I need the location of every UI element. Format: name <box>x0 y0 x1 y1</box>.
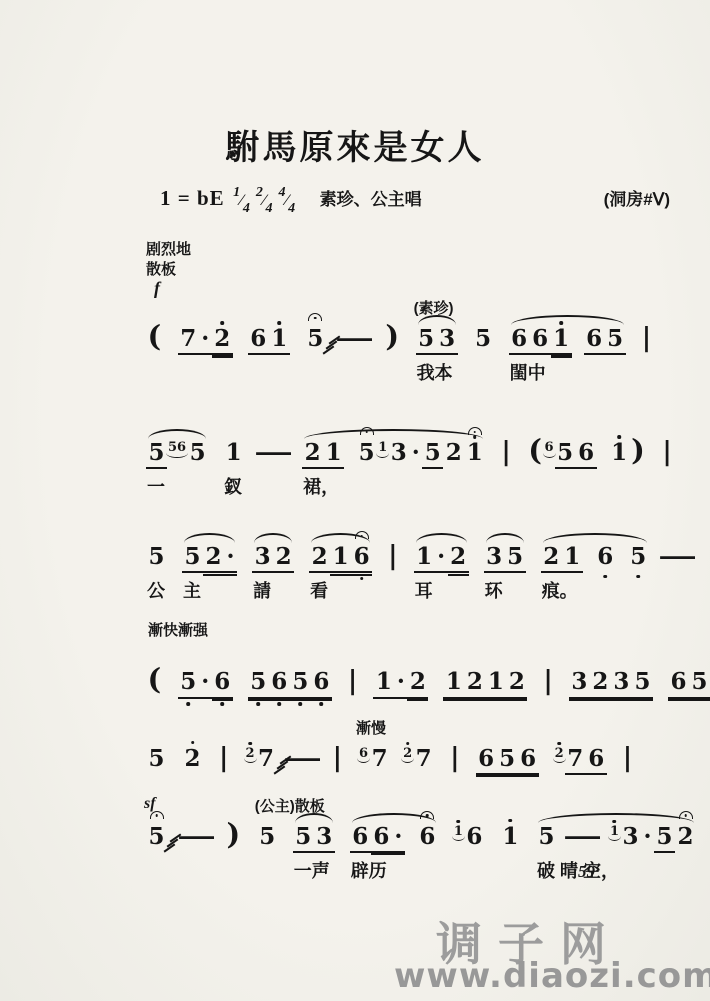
note-glyph: · <box>227 543 235 570</box>
note-glyph: 5 <box>475 325 491 352</box>
note-glyph: 1 <box>611 439 627 466</box>
barline: | <box>622 745 633 772</box>
note: 5 <box>505 545 526 573</box>
note-glyph: | <box>642 323 651 353</box>
lyric: 裙， <box>303 473 339 499</box>
note-glyph: · <box>397 668 405 695</box>
barline: | <box>542 668 553 695</box>
note-glyph: 2 <box>509 668 525 695</box>
note: 1 <box>551 327 572 355</box>
note: 1 <box>414 545 435 573</box>
note: 5 <box>422 441 443 469</box>
note: 2 <box>443 441 464 465</box>
note-glyph: 5 <box>295 823 311 850</box>
note: — <box>664 545 692 569</box>
lyric: 痕。 <box>542 577 578 603</box>
octave-dot-above <box>191 741 195 745</box>
note-group: | <box>641 325 652 352</box>
note: 5 <box>497 747 518 775</box>
note-group: 1釵 <box>223 441 244 465</box>
note-group: 2165痕。 <box>541 545 649 573</box>
key-signature: 1 = bE <box>160 186 225 210</box>
note-glyph: — <box>176 825 215 849</box>
note: 6 <box>417 825 438 849</box>
music-area: 剧烈地 散板 f (7·2615—)(素珍)53我本566165閨中|5565一… <box>146 240 658 853</box>
note: 3 <box>437 327 458 355</box>
note: 3 <box>569 670 590 698</box>
lyric: 主 <box>183 577 201 603</box>
note: 5 <box>356 441 377 465</box>
note: 6 <box>248 327 269 355</box>
note-group: — <box>341 327 369 351</box>
grace-note: 1 <box>453 825 464 839</box>
note: · <box>392 825 405 853</box>
note-glyph: 5 <box>190 439 206 466</box>
note-glyph: 1 <box>378 440 387 455</box>
note: 2 <box>273 545 294 573</box>
note: 6 <box>464 825 485 849</box>
note-glyph: | <box>543 666 552 696</box>
note-glyph: 5 <box>634 668 650 695</box>
note-glyph: 6 <box>586 325 602 352</box>
note-group: 35环 <box>484 545 526 573</box>
note-glyph: — <box>254 441 293 465</box>
note: ) <box>384 321 401 351</box>
fermata <box>679 811 693 819</box>
lyric: 釵 <box>224 473 242 499</box>
note-group: | <box>347 668 358 695</box>
meter-fraction: 4⁄4 <box>279 193 296 209</box>
music-line: 5公52·主32請216看|1·2耳35环2165痕。—| <box>146 519 658 573</box>
note-glyph: 1 <box>376 668 392 695</box>
barline: | <box>332 745 343 772</box>
note-group: 52·主 <box>182 545 237 573</box>
note-group: 1·2 <box>373 670 428 698</box>
note-glyph: 5 <box>149 543 165 570</box>
note-group: 5 <box>473 327 494 351</box>
note: 5 <box>473 327 494 351</box>
note: 5 <box>146 441 167 469</box>
note: 1 <box>269 327 290 355</box>
notation-row: (5·65656|1·21212|32356561| <box>146 640 658 698</box>
grace-note: 2 <box>554 747 565 761</box>
grace-note: 6 <box>358 747 369 761</box>
note-group: | <box>661 439 672 466</box>
tempo-mark: 漸快漸强 <box>148 619 658 640</box>
note-glyph: 7 <box>416 745 432 772</box>
slur <box>543 533 647 543</box>
note-glyph: 56 <box>168 440 186 455</box>
note: 2 <box>506 670 527 698</box>
note: · <box>199 327 212 355</box>
note-glyph: 2 <box>312 543 328 570</box>
note-glyph: — <box>335 327 374 351</box>
note: ) <box>225 819 242 849</box>
dynamic-mark: f <box>154 279 658 297</box>
note-glyph: 2 <box>450 543 466 570</box>
annotation: (公主)散板 <box>255 795 325 816</box>
note: 6 <box>595 545 616 569</box>
note: 3 <box>314 825 335 853</box>
note-glyph: 5 <box>630 543 646 570</box>
note: — <box>289 747 317 771</box>
note: 5 <box>305 327 326 351</box>
meter-fraction: 1⁄4 <box>233 193 250 209</box>
note: 6 <box>350 825 371 853</box>
note-glyph: 6 <box>532 325 548 352</box>
note: 3 <box>484 545 505 573</box>
note: ( <box>146 664 163 694</box>
note-glyph: 6 <box>466 823 482 850</box>
octave-dot-above <box>248 742 252 746</box>
note-glyph: 6 <box>352 823 368 850</box>
note: 1 <box>323 441 344 469</box>
note-glyph: 2 <box>467 668 483 695</box>
note: 6 <box>586 747 607 775</box>
note: 2 <box>464 670 485 698</box>
note: 5 <box>146 825 167 849</box>
lyric: 請 <box>253 577 271 603</box>
note-glyph: 2 <box>206 543 222 570</box>
note: 6 <box>311 670 332 698</box>
note: · <box>435 545 448 573</box>
octave-dot-below <box>299 702 303 706</box>
note-glyph: 6 <box>545 440 554 455</box>
note-group: 276 <box>554 747 607 775</box>
note-glyph: 2 <box>305 439 321 466</box>
note-group: — <box>664 545 692 569</box>
slur <box>511 315 624 325</box>
note-group: | <box>387 543 398 570</box>
note: 6 <box>530 327 551 355</box>
barline: | <box>387 543 398 570</box>
note-glyph: 5 <box>359 439 375 466</box>
note: 2 <box>182 747 203 771</box>
note-glyph: · <box>437 543 445 570</box>
note-group: 5公 <box>146 545 167 569</box>
note: 6 <box>351 545 372 573</box>
barline: | <box>661 439 672 466</box>
banshi-mark: 散板 <box>146 260 658 280</box>
note-group: 1212 <box>443 670 527 698</box>
note: 5 <box>555 441 576 469</box>
note-glyph: 6 <box>214 668 230 695</box>
note-glyph: 5 <box>499 745 515 772</box>
note: 5 <box>605 327 626 355</box>
note: 7 <box>256 747 277 771</box>
note-group: 7·2 <box>178 327 233 355</box>
note: · <box>394 670 407 698</box>
note-glyph: 5 <box>250 668 266 695</box>
note-glyph: · <box>412 439 420 466</box>
note-group: 66165閨中 <box>509 327 626 355</box>
expression-mark: 剧烈地 <box>146 240 658 260</box>
note-glyph: 6 <box>478 745 494 772</box>
note-glyph: | <box>348 666 357 696</box>
note: — <box>182 825 210 849</box>
octave-dot-above <box>557 742 561 746</box>
note-glyph: | <box>333 743 342 773</box>
note-glyph: 5 <box>307 325 323 352</box>
note-glyph: 7 <box>372 745 388 772</box>
tempo-block: 剧烈地 散板 f <box>146 240 658 297</box>
music-line: 5565一1釵—21513·521裙，|(6561)| <box>146 411 658 469</box>
note-group: 5—13·52破 晴 空， <box>536 825 696 853</box>
notation-row: sf5—)(公主)散板553一声66·6辟历1615—13·52破 晴 空，| <box>146 795 658 853</box>
grace-note: 1 <box>609 825 620 839</box>
music-lines: (7·2615—)(素珍)53我本566165閨中|5565一1釵—21513·… <box>146 297 658 853</box>
note: 6 <box>584 327 605 355</box>
note: ) <box>630 435 647 465</box>
lyric: 我本 <box>417 359 453 385</box>
note: 2 <box>448 545 469 573</box>
note-glyph: ) <box>227 817 241 851</box>
note: · <box>641 825 654 849</box>
note: 1 <box>330 545 351 573</box>
fermata <box>308 313 322 321</box>
note-glyph: ( <box>148 319 162 353</box>
note-group: | <box>332 745 343 772</box>
note-group: 656 <box>476 747 539 775</box>
note: 1 <box>464 441 485 465</box>
slur <box>416 533 467 543</box>
note: 1 <box>373 670 394 698</box>
note-group: 61 <box>248 327 290 355</box>
music-line: (7·2615—)(素珍)53我本566165閨中| <box>146 297 658 355</box>
note: 2 <box>590 670 611 698</box>
singers-label: 素珍、公主唱 <box>320 190 422 209</box>
note-glyph: 2 <box>543 543 559 570</box>
note-glyph: 6 <box>313 668 329 695</box>
note: 2 <box>675 825 696 849</box>
note: 5 <box>628 545 649 569</box>
note-glyph: 1 <box>446 668 462 695</box>
watermark-site-url: www.diaozi.com <box>394 956 710 996</box>
note: 6 <box>212 670 233 698</box>
note: 1 <box>562 545 583 573</box>
note-group: 27— <box>245 747 317 771</box>
page-number: 59 <box>578 862 595 882</box>
note: 2 <box>541 545 562 573</box>
fermata <box>355 531 369 539</box>
note: 5 <box>146 747 167 771</box>
note: 6 <box>269 670 290 698</box>
grace-note: 1 <box>377 441 388 455</box>
music-line: 漸快漸强(5·65656|1·21212|32356561| <box>146 619 658 698</box>
time-signatures: 1⁄42⁄44⁄4 <box>233 189 301 209</box>
note-group: 53一声 <box>293 825 335 853</box>
grace-note: 56 <box>167 441 187 455</box>
octave-dot-above <box>457 820 461 824</box>
note-glyph: 5 <box>259 823 275 850</box>
note: 5 <box>182 545 203 573</box>
lyric: 閨中 <box>510 359 546 385</box>
note-glyph: 1 <box>467 439 483 466</box>
note-glyph: ( <box>528 433 542 467</box>
octave-dot-above <box>473 435 477 439</box>
note-glyph: 1 <box>502 823 518 850</box>
octave-dot-above <box>559 321 563 325</box>
note: 3 <box>388 441 409 465</box>
octave-dot-below <box>256 702 260 706</box>
music-line: sf5—)(公主)散板553一声66·6辟历1615—13·52破 晴 空，| <box>146 795 658 853</box>
note-glyph: 5 <box>149 439 165 466</box>
note-glyph: · <box>644 823 652 850</box>
lyric: 辟历 <box>351 857 387 883</box>
note-glyph: 5 <box>691 668 707 695</box>
note-group: (6561) <box>527 435 647 469</box>
note-glyph: 6 <box>271 668 287 695</box>
note-glyph: 2 <box>446 439 462 466</box>
annotation: 漸慢 <box>356 717 386 738</box>
note-glyph: 5 <box>418 325 434 352</box>
notation-row: 5公52·主32請216看|1·2耳35环2165痕。—| <box>146 519 658 573</box>
note: · <box>224 545 237 573</box>
note: 5 <box>187 441 208 465</box>
sheet-music-page: 駙馬原來是女人 1 = bE 1⁄42⁄44⁄4 素珍、公主唱 (洞房#Ⅴ) 剧… <box>0 0 710 1001</box>
note-group: 5·6 <box>178 670 233 698</box>
note-glyph: ( <box>148 662 162 696</box>
note-group: — <box>259 441 287 465</box>
notation-row: 5565一1釵—21513·521裙，|(6561)| <box>146 411 658 469</box>
note-glyph: 5 <box>149 745 165 772</box>
note-glyph: 3 <box>613 668 629 695</box>
note-glyph: 1 <box>564 543 580 570</box>
note: 2 <box>309 545 330 573</box>
note-group: (素珍)53我本 <box>416 327 458 355</box>
note: 5 <box>257 825 278 849</box>
note-group: 1 <box>500 825 521 849</box>
note: 7 <box>178 327 199 355</box>
note-glyph: 6 <box>588 745 604 772</box>
note: 7 <box>565 747 586 775</box>
note: 6 <box>476 747 497 775</box>
note-glyph: 6 <box>578 439 594 466</box>
notation-row: (7·2615—)(素珍)53我本566165閨中| <box>146 297 658 355</box>
note-group: 16 <box>453 825 485 849</box>
note: 2 <box>407 670 428 698</box>
note: 5 <box>146 545 167 569</box>
note-glyph: 3 <box>316 823 332 850</box>
note: 7 <box>369 747 390 771</box>
note: 1 <box>500 825 521 849</box>
slur <box>486 533 524 543</box>
note-glyph: 3 <box>255 543 271 570</box>
note-group: ) <box>384 321 401 351</box>
note-glyph: 3 <box>391 439 407 466</box>
note-glyph: 2 <box>246 746 255 761</box>
octave-dot-below <box>186 702 190 706</box>
octave-dot-above <box>406 742 410 746</box>
note: 5 <box>654 825 675 853</box>
note-glyph: 1 <box>226 439 242 466</box>
note-group: | <box>622 745 633 772</box>
note: ( <box>146 321 163 351</box>
annotation: sf <box>144 795 156 813</box>
note: 2 <box>203 545 224 573</box>
note-glyph: 5 <box>149 823 165 850</box>
note-glyph: 2 <box>403 746 412 761</box>
note: 5 <box>178 670 199 698</box>
song-title: 駙馬原來是女人 <box>0 0 710 169</box>
lyric: 耳 <box>415 577 433 603</box>
note-glyph: 1 <box>454 824 463 839</box>
note-glyph: 5 <box>185 543 201 570</box>
note: 6 <box>576 441 597 469</box>
note-glyph: 1 <box>610 824 619 839</box>
note-glyph: 6 <box>597 543 613 570</box>
note-glyph: 6 <box>670 668 686 695</box>
lyric: 环 <box>485 577 503 603</box>
note: 5 <box>689 670 710 698</box>
note-glyph: | <box>388 541 397 571</box>
note: 3 <box>620 825 641 849</box>
note: · <box>409 441 422 465</box>
lyric: 一声 <box>294 857 330 883</box>
note: 5 <box>632 670 653 698</box>
note: · <box>199 670 212 698</box>
note-group: — <box>182 825 210 849</box>
barline: | <box>347 668 358 695</box>
note-group: 1·2耳 <box>414 545 469 573</box>
note-glyph: 6 <box>419 823 435 850</box>
note-glyph: 5 <box>557 439 573 466</box>
note-glyph: 1 <box>326 439 342 466</box>
note-group: ( <box>146 664 163 694</box>
note-glyph: | <box>219 743 228 773</box>
note-glyph: 1 <box>416 543 432 570</box>
note: 5 <box>290 670 311 698</box>
note-glyph: 5 <box>180 668 196 695</box>
note-group: 5565一 <box>146 441 208 469</box>
barline: | <box>449 745 460 772</box>
note-group: | <box>542 668 553 695</box>
octave-dot-below <box>320 702 324 706</box>
note-glyph: 3 <box>571 668 587 695</box>
meter-fraction: 2⁄4 <box>256 193 273 209</box>
octave-dot-below <box>278 702 282 706</box>
note-glyph: · <box>394 823 402 850</box>
octave-dot-above <box>220 321 224 325</box>
note-glyph: 6 <box>354 543 370 570</box>
octave-dot-below <box>220 702 224 706</box>
note-glyph: 7 <box>567 745 583 772</box>
note: — <box>341 327 369 351</box>
note: 2 <box>302 441 323 469</box>
note-glyph: 1 <box>271 325 287 352</box>
note-glyph: 7 <box>258 745 274 772</box>
note-glyph: 1 <box>333 543 349 570</box>
note-glyph: 5 <box>607 325 623 352</box>
note: 5 <box>416 327 437 355</box>
note-glyph: 2 <box>678 823 694 850</box>
note-glyph: 2 <box>185 745 201 772</box>
note: 6 <box>509 327 530 355</box>
fermata <box>420 811 434 819</box>
note-group: 66·6辟历 <box>350 825 438 853</box>
note-glyph: 7 <box>180 325 196 352</box>
note: 1 <box>609 441 630 465</box>
note-glyph: 5 <box>538 823 554 850</box>
note-glyph: — <box>658 545 697 569</box>
note-group: 21513·521裙， <box>302 441 485 469</box>
note-glyph: 6 <box>373 823 389 850</box>
slur <box>254 533 292 543</box>
note-glyph: 1 <box>488 668 504 695</box>
note: ( <box>527 435 544 465</box>
key-row: 1 = bE 1⁄42⁄44⁄4 素珍、公主唱 (洞房#Ⅴ) <box>160 185 660 214</box>
note: — <box>569 825 597 849</box>
